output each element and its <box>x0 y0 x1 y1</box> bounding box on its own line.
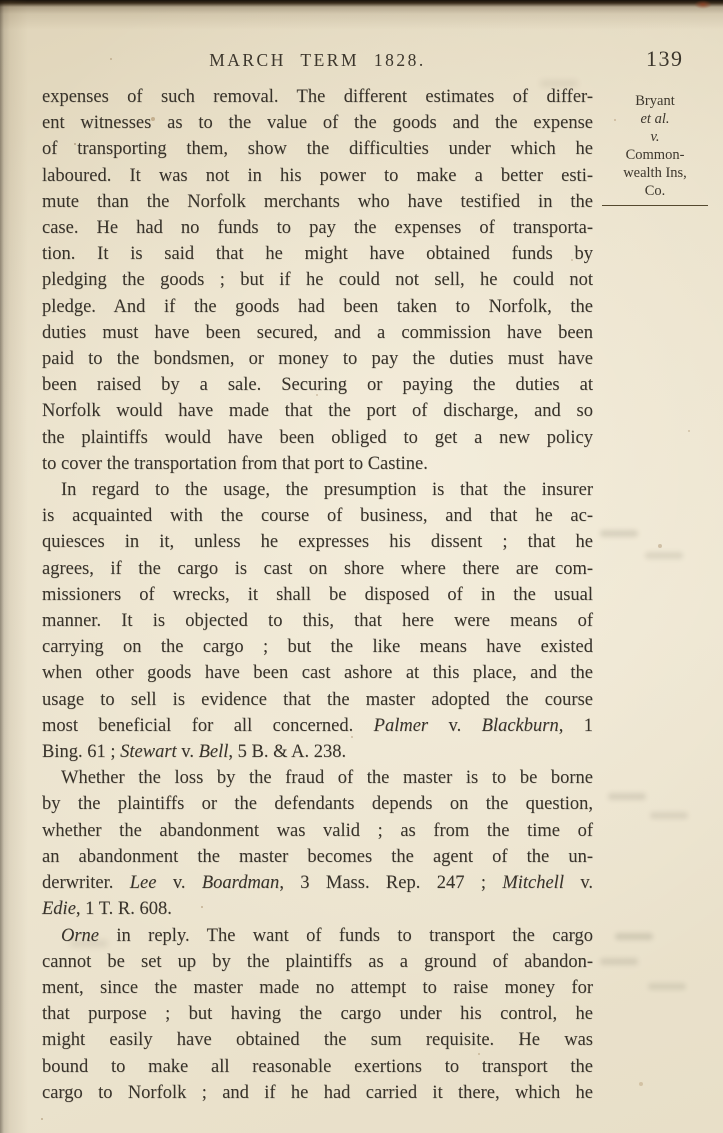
opinion-body-text: expenses of such removal. The different … <box>42 84 593 1106</box>
text-line: paid to the bondsmen, or money to pay th… <box>42 346 593 372</box>
text-line: might easily have obtained the sum requi… <box>42 1027 593 1053</box>
case-name-line: Common- <box>596 146 714 164</box>
text-line: an abandonment the master becomes the ag… <box>42 844 593 870</box>
text-line: when other goods have been cast ashore a… <box>42 660 593 686</box>
text-line: duties must have been secured, and a com… <box>42 320 593 346</box>
text-line: is acquainted with the course of busines… <box>42 503 593 529</box>
text-line: case. He had no funds to pay the expense… <box>42 215 593 241</box>
case-name-line: wealth Ins, <box>596 164 714 182</box>
text-line: carrying on the cargo ; but the like mea… <box>42 634 593 660</box>
text-line: Norfolk would have made that the port of… <box>42 398 593 424</box>
case-name-lines: Bryantet al.v.Common-wealth Ins,Co. <box>596 92 714 200</box>
text-line: In regard to the usage, the presumption … <box>42 477 593 503</box>
page-left-gutter-shadow <box>0 0 28 1133</box>
case-name-line: Co. <box>596 182 714 200</box>
text-line: pledge. And if the goods had been taken … <box>42 294 593 320</box>
show-through-marks <box>0 0 38 7</box>
text-line: of transporting them, show the difficult… <box>42 136 593 162</box>
text-line: manner. It is objected to this, that her… <box>42 608 593 634</box>
paragraph: In regard to the usage, the presumption … <box>42 477 593 765</box>
text-line: whether the abandonment was valid ; as f… <box>42 818 593 844</box>
text-line: by the plaintiffs or the defendants depe… <box>42 791 593 817</box>
paper-speckles <box>0 0 2 2</box>
text-line: tion. It is said that he might have obta… <box>42 241 593 267</box>
text-line: mute than the Norfolk merchants who have… <box>42 189 593 215</box>
paragraph: Whether the loss by the fraud of the mas… <box>42 765 593 922</box>
case-name-line: Bryant <box>596 92 714 110</box>
text-line: ment, since the master made no attempt t… <box>42 975 593 1001</box>
text-line: to cover the transportation from that po… <box>42 451 593 477</box>
text-line: Whether the loss by the fraud of the mas… <box>42 765 593 791</box>
page-number: 139 <box>646 46 684 72</box>
text-line: cannot be set up by the plaintiffs as a … <box>42 949 593 975</box>
text-line: missioners of wrecks, it shall be dispos… <box>42 582 593 608</box>
text-line: ent witnesses as to the value of the goo… <box>42 110 593 136</box>
text-line: quiesces in it, unless he expresses his … <box>42 529 593 555</box>
text-line: bound to make all reasonable exertions t… <box>42 1054 593 1080</box>
book-page: MARCH TERM 1828. 139 Bryantet al.v.Commo… <box>0 0 723 1133</box>
case-name-line: et al. <box>596 110 714 128</box>
paragraph: expenses of such removal. The different … <box>42 84 593 477</box>
paragraph: Orne in reply. The want of funds to tran… <box>42 923 593 1106</box>
case-name-line: v. <box>596 128 714 146</box>
text-line: been raised by a sale. Securing or payin… <box>42 372 593 398</box>
text-line: expenses of such removal. The different … <box>42 84 593 110</box>
text-line: the plaintiffs would have been obliged t… <box>42 425 593 451</box>
text-line: pledging the goods ; but if he could not… <box>42 267 593 293</box>
text-line: laboured. It was not in his power to mak… <box>42 163 593 189</box>
text-line: agrees, if the cargo is cast on shore wh… <box>42 556 593 582</box>
corner-stain <box>694 0 712 9</box>
margin-note-rule <box>602 205 708 206</box>
text-line: Bing. 61 ; Stewart v. Bell, 5 B. & A. 23… <box>42 739 593 765</box>
running-head-title: MARCH TERM 1828. <box>42 50 593 71</box>
text-line: usage to sell is evidence that the maste… <box>42 687 593 713</box>
text-line: Edie, 1 T. R. 608. <box>42 896 593 922</box>
text-line: that purpose ; but having the cargo unde… <box>42 1001 593 1027</box>
margin-note-case-name: Bryantet al.v.Common-wealth Ins,Co. <box>596 92 714 206</box>
text-line: cargo to Norfolk ; and if he had carried… <box>42 1080 593 1106</box>
text-line: derwriter. Lee v. Boardman, 3 Mass. Rep.… <box>42 870 593 896</box>
text-line: most beneficial for all concerned. Palme… <box>42 713 593 739</box>
page-top-edge <box>0 0 723 30</box>
text-line: Orne in reply. The want of funds to tran… <box>42 923 593 949</box>
